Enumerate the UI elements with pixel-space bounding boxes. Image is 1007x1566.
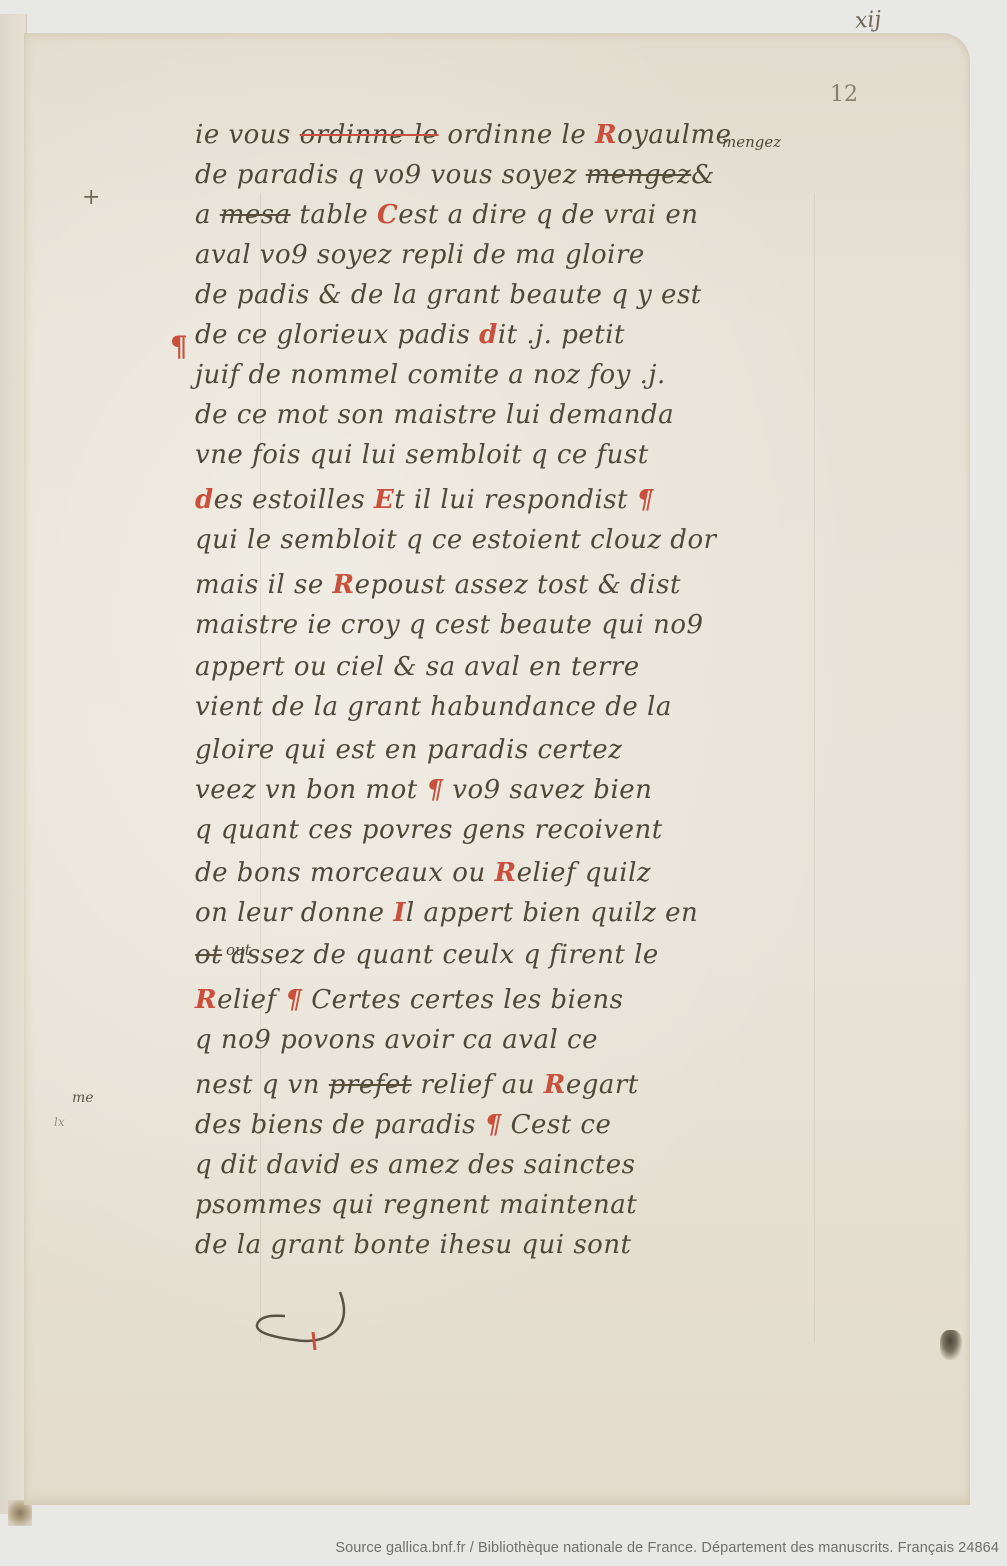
- manuscript-line: psommes qui regnent maintenat: [195, 1190, 637, 1220]
- strike-red-span: ordinne le: [300, 120, 439, 150]
- rubric2-span: ¶: [426, 775, 443, 805]
- ruling-line-right: [814, 193, 815, 1343]
- rubric2-span: R: [595, 120, 617, 150]
- ink-blot: [940, 1330, 962, 1360]
- manuscript-line: de ce glorieux padis dit .j. petit: [195, 320, 625, 350]
- manuscript-line: qui le sembloit q ce estoient clouz dor: [195, 525, 717, 555]
- text-span: nest q vn: [195, 1070, 329, 1100]
- text-span: de la grant bonte ihesu qui sont: [195, 1230, 632, 1260]
- rubric2-span: d: [479, 320, 498, 350]
- manuscript-line: de ce mot son maistre lui demanda: [195, 400, 674, 430]
- tail-span: Cest ce: [502, 1110, 612, 1140]
- post-span: relief au: [412, 1070, 544, 1100]
- rubric-span: d: [195, 485, 214, 515]
- margin-note: me: [72, 1090, 94, 1106]
- text-span: psommes qui regnent maintenat: [195, 1190, 637, 1220]
- folio-number-roman: xij: [854, 7, 882, 34]
- manuscript-line: on leur donne Il appert bien quilz en: [195, 898, 698, 928]
- tail-span: egart: [566, 1070, 639, 1100]
- pilcrow-icon: ¶: [170, 330, 188, 363]
- manuscript-line: appert ou ciel & sa aval en terre: [195, 652, 640, 682]
- margin-cross-mark: +: [82, 185, 100, 210]
- tail-span: t il lui respondist: [394, 485, 636, 515]
- text-span: appert ou ciel & sa aval en terre: [195, 652, 640, 682]
- line-end-flourish-icon: [245, 1290, 365, 1362]
- manuscript-line: mais il se Repoust assez tost & dist: [195, 570, 681, 600]
- tail-span: l appert bien quilz en: [406, 898, 698, 928]
- text-span: on leur donne: [195, 898, 393, 928]
- text-span: de ce glorieux padis: [195, 320, 479, 350]
- manuscript-line: de la grant bonte ihesu qui sont: [195, 1230, 632, 1260]
- text-span: aval vo9 soyez repli de ma gloire: [195, 240, 645, 270]
- manuscript-line: veez vn bon mot ¶ vo9 savez bien: [195, 775, 652, 805]
- rubric2-span: R: [494, 858, 516, 888]
- manuscript-line: q quant ces povres gens recoivent: [195, 815, 663, 845]
- text-span: elief: [217, 985, 285, 1015]
- manuscript-line: des estoilles Et il lui respondist ¶: [195, 485, 654, 515]
- strike-span: mengez: [586, 160, 692, 190]
- manuscript-line: ot assez de quant ceulx q firent le: [195, 940, 659, 970]
- text-span: de paradis q vo9 vous soyez: [195, 160, 586, 190]
- text-span: qui le sembloit q ce estoient clouz dor: [195, 525, 717, 555]
- manuscript-line: de padis & de la grant beaute q y est: [195, 280, 702, 310]
- tail-span: Certes certes les biens: [302, 985, 623, 1015]
- strike-span: prefet: [329, 1070, 412, 1100]
- manuscript-line: de bons morceaux ou Relief quilz: [195, 858, 651, 888]
- manuscript-line: q dit david es amez des sainctes: [195, 1150, 635, 1180]
- tail-span: vo9 savez bien: [444, 775, 653, 805]
- rubric2-span: C: [377, 200, 398, 230]
- manuscript-line: q no9 povons avoir ca aval ce: [195, 1025, 598, 1055]
- manuscript-line: aval vo9 soyez repli de ma gloire: [195, 240, 645, 270]
- tail-span: it .j. petit: [498, 320, 625, 350]
- text-span: des biens de paradis: [195, 1110, 485, 1140]
- folio-number-arabic: 12: [830, 82, 858, 107]
- rubric2-span: I: [393, 898, 406, 928]
- manuscript-line: de paradis q vo9 vous soyez mengez&: [195, 160, 715, 190]
- previous-leaf-edge: [0, 14, 27, 1514]
- text-span: maistre ie croy q cest beaute qui no9: [195, 610, 704, 640]
- text-span: vient de la grant habundance de la: [195, 692, 672, 722]
- manuscript-line: vient de la grant habundance de la: [195, 692, 672, 722]
- margin-tick: lx: [54, 1115, 65, 1129]
- text-span: es estoilles: [214, 485, 374, 515]
- rubric2-span: R: [332, 570, 354, 600]
- text-span: q dit david es amez des sainctes: [195, 1150, 635, 1180]
- rubric2-span: E: [374, 485, 394, 515]
- manuscript-line: a mesa table Cest a dire q de vrai en: [195, 200, 698, 230]
- tail-span: est a dire q de vrai en: [398, 200, 698, 230]
- strike-span: mesa: [220, 200, 291, 230]
- post-span: &: [691, 160, 715, 190]
- manuscript-line: maistre ie croy q cest beaute qui no9: [195, 610, 704, 640]
- pre-span: a: [195, 200, 220, 230]
- text-span: ie vous: [195, 120, 300, 150]
- strike-span: ot: [195, 940, 222, 970]
- manuscript-line: Relief ¶ Certes certes les biens: [195, 985, 623, 1015]
- text-span: veez vn bon mot: [195, 775, 426, 805]
- manuscript-line: des biens de paradis ¶ Cest ce: [195, 1110, 611, 1140]
- post-span: assez de quant ceulx q firent le: [222, 940, 659, 970]
- rubric2-span: ¶: [285, 985, 302, 1015]
- text-span: q quant ces povres gens recoivent: [195, 815, 663, 845]
- manuscript-line: vne fois qui lui sembloit q ce fust: [195, 440, 649, 470]
- rubric2-span: ¶: [485, 1110, 502, 1140]
- text-span: q no9 povons avoir ca aval ce: [195, 1025, 598, 1055]
- post-span: ordinne le: [439, 120, 595, 150]
- manuscript-line: nest q vn prefet relief au Regart: [195, 1070, 639, 1100]
- text-span: vne fois qui lui sembloit q ce fust: [195, 440, 649, 470]
- text-span: gloire qui est en paradis certez: [195, 735, 622, 765]
- rubric-span: R: [195, 985, 217, 1015]
- manuscript-line: juif de nommel comite a noz foy .j.: [195, 360, 666, 390]
- post-span: table: [291, 200, 377, 230]
- text-span: de padis & de la grant beaute q y est: [195, 280, 702, 310]
- rubric2-span: R: [544, 1070, 566, 1100]
- tail-span: elief quilz: [517, 858, 652, 888]
- tail-span: epoust assez tost & dist: [355, 570, 681, 600]
- manuscript-line: ie vous ordinne le ordinne le Royaulme: [195, 120, 732, 150]
- tail-red-span: ¶: [637, 485, 654, 515]
- tail-span: oyaulme: [617, 120, 731, 150]
- text-span: de ce mot son maistre lui demanda: [195, 400, 674, 430]
- text-span: juif de nommel comite a noz foy .j.: [195, 360, 666, 390]
- manuscript-line: gloire qui est en paradis certez: [195, 735, 622, 765]
- text-span: de bons morceaux ou: [195, 858, 494, 888]
- text-span: mais il se: [195, 570, 332, 600]
- source-credit: Source gallica.bnf.fr / Bibliothèque nat…: [335, 1540, 999, 1556]
